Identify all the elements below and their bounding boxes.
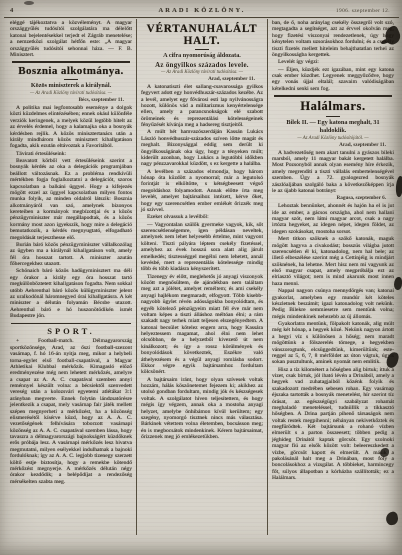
header-rule xyxy=(4,17,399,18)
column-2: VÉRTANUHALÁLT HALT.A cifra nyomorúság ál… xyxy=(136,19,267,535)
page-header: 4 ARADI KÖZLÖNY. 1906. szeptember 12. xyxy=(8,5,396,17)
body-paragraph: Gyakorlatra mentünk, fölpakolt katonák, … xyxy=(272,321,394,366)
article-headline: Halálmars. xyxy=(272,99,394,114)
body-paragraph: A múlt hét hamvazószerdáján Kassán Lukác… xyxy=(141,129,263,167)
letter-quote-paragraph: — Éljen, küzdjék ezt igazában, mint egy … xyxy=(272,67,394,93)
paragraph-lead: Ezeket olvassuk a levélből: xyxy=(141,214,263,220)
section-divider xyxy=(11,323,131,324)
article-subhead: Bilek II. — Egy katona meghalt, 31 haldo… xyxy=(280,119,386,135)
body-paragraph: A levélben a százados elmondja, hogy hár… xyxy=(141,169,263,214)
dateline: Bécs, szeptember 11. xyxy=(10,97,124,103)
body-paragraph: A hadvezetőség nem akart tanulni a gyász… xyxy=(272,150,394,195)
article-subhead: Közös miniszterek a királynál. xyxy=(18,82,124,90)
column-1: eléggé tájékoztatva a közvéleményt. A ma… xyxy=(6,19,136,535)
article-subhead: A cifra nyomorúság áldozata. xyxy=(149,52,255,60)
article-subhead: Az öngyilkos százados levele. xyxy=(141,62,263,69)
letter-quote-paragraph: — Vagyontalan szülők gyermeke vagyok, ki… xyxy=(141,222,263,273)
byline: — Az Aradi Közlöny távirati tudósítása. … xyxy=(141,70,263,75)
article-divider xyxy=(12,61,130,63)
body-paragraph: Schönaich báró közös hadügyminisztert ma… xyxy=(10,268,132,319)
byline: — Az Aradi Közlöny távirati tudósítása. … xyxy=(10,91,132,96)
ink-smudge xyxy=(380,448,389,457)
body-paragraph: Hisz a tíz kilométert a hőségben alig bí… xyxy=(272,367,394,482)
ink-smudge xyxy=(394,277,402,290)
headline-ornament xyxy=(326,116,340,117)
dateline: Ragusa, szeptember 6. xyxy=(272,195,386,201)
dateline: Arad, szeptember 11. xyxy=(272,142,386,148)
article-divider xyxy=(274,95,392,97)
section-heading: SPORT. xyxy=(10,326,132,336)
article-headline: VÉRTANUHALÁLT HALT. xyxy=(141,23,263,47)
headline-ornament xyxy=(64,79,78,80)
dateline: Arad, szeptember 11. xyxy=(141,76,255,82)
column-3: ban, de ő, noha aránylag csekély összegr… xyxy=(267,19,398,535)
body-paragraph: Mert titkon szöknek a szökő katonák, mag… xyxy=(272,236,394,287)
body-paragraph: Nappal nagyon csúnya mennydörgés van; ka… xyxy=(272,288,394,320)
body-paragraph: Beavatott körből vett értesüléseink szer… xyxy=(10,158,132,241)
paragraph-lead: Távirati értesüléseink: xyxy=(10,151,132,157)
body-paragraph: A katonatiszti élet sallang-csavarossága… xyxy=(141,84,263,129)
body-paragraph-continuation: ban, de ő, noha aránylag csekély összegr… xyxy=(272,20,394,58)
letter-quote-paragraph: Tizenegy év előtt, meglehetős jó anyagi … xyxy=(141,274,263,376)
columns-container: eléggé tájékoztatva a közvéleményt. A ma… xyxy=(6,19,398,535)
headline-ornament xyxy=(195,49,209,50)
newspaper-page: 4 ARADI KÖZLÖNY. 1906. szeptember 12. el… xyxy=(0,0,402,555)
body-paragraph: A politika mai legfontosabb eseménye a d… xyxy=(10,105,132,150)
body-paragraph: Lehoztak bennünket, ahonnét és hajón ha … xyxy=(272,203,394,235)
letter-quote-paragraph: A bajtársaim iránt, hogy olyan szívesek … xyxy=(141,377,263,441)
body-paragraph: + Football-match. Délmagyarország sportk… xyxy=(10,338,132,485)
byline: — Az Aradi Közlöny tudósítójától. — xyxy=(272,136,394,141)
body-paragraph: Burián báró közös pénzügyminiszter válla… xyxy=(10,242,132,268)
body-paragraph-continuation: eléggé tájékoztatva a közvéleményt. A ma… xyxy=(10,20,132,58)
ink-smudge xyxy=(24,1,34,5)
article-headline: Bosznia alkotmánya. xyxy=(10,65,132,77)
paragraph-lead: Levelét így végzi: xyxy=(272,59,394,65)
issue-date: 1906. szeptember 12. xyxy=(336,8,390,14)
